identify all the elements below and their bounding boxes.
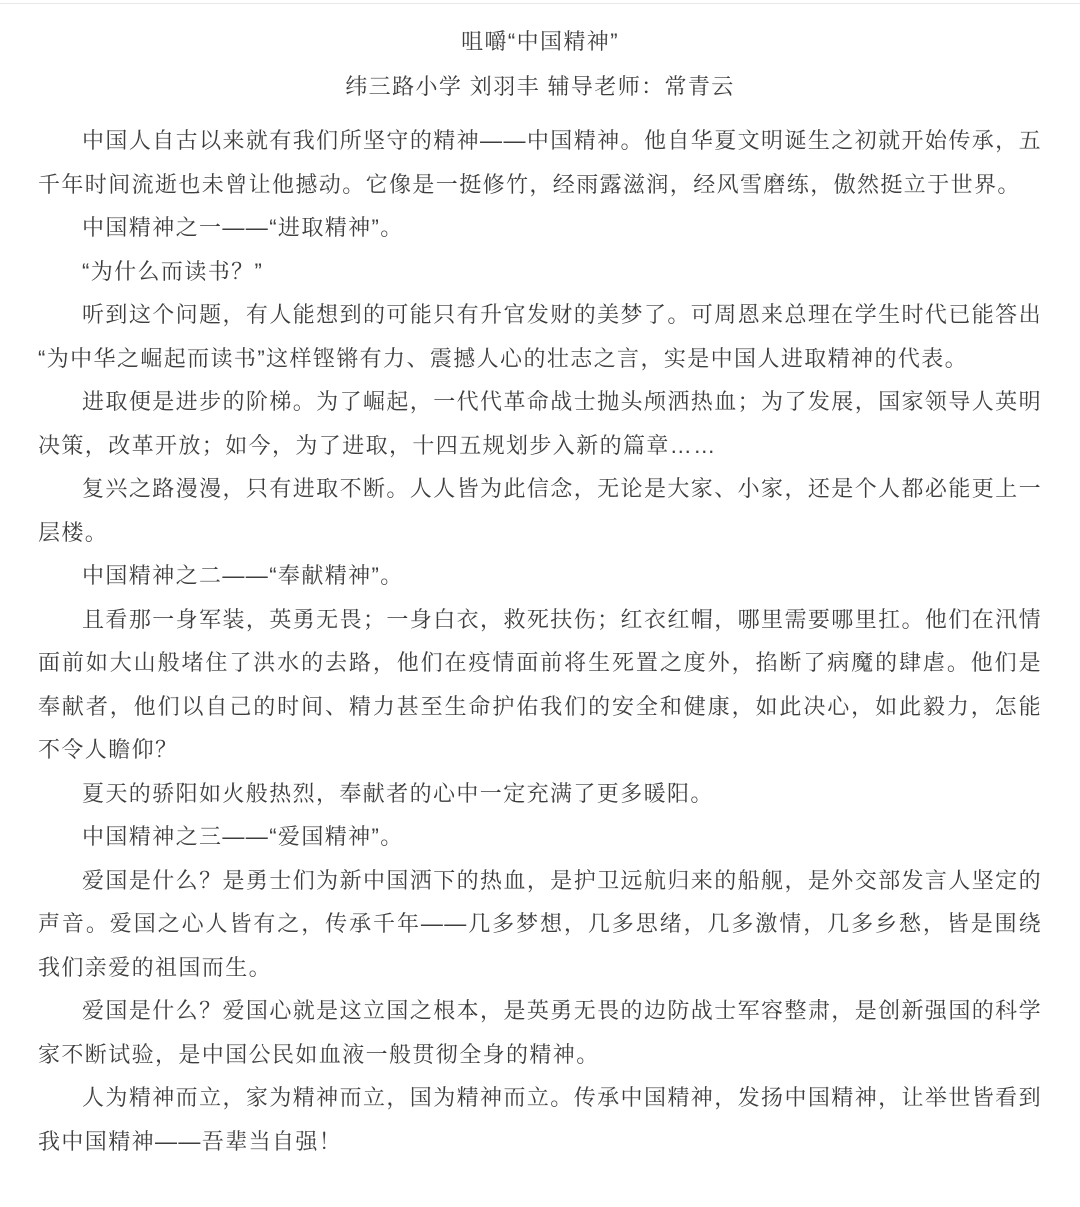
page-title: 咀嚼“中国精神” (38, 19, 1042, 64)
paragraph: 爱国是什么？爱国心就是这立国之根本，是英勇无畏的边防战士军容整肃，是创新强国的科… (38, 989, 1042, 1076)
paragraph: 夏天的骄阳如火般热烈，奉献者的心中一定充满了更多暖阳。 (38, 772, 1042, 816)
paragraph: 进取便是进步的阶梯。为了崛起，一代代革命战士抛头颅洒热血；为了发展，国家领导人英… (38, 380, 1042, 467)
byline: 纬三路小学 刘羽丰 辅导老师：常青云 (38, 64, 1042, 109)
paragraph: 中国人自古以来就有我们所坚守的精神——中国精神。他自华夏文明诞生之初就开始传承，… (38, 119, 1042, 206)
article: 咀嚼“中国精神” 纬三路小学 刘羽丰 辅导老师：常青云 中国人自古以来就有我们所… (0, 4, 1080, 1163)
paragraph: 爱国是什么？是勇士们为新中国洒下的热血，是护卫远航归来的船舰，是外交部发言人坚定… (38, 859, 1042, 990)
paragraph: 听到这个问题，有人能想到的可能只有升官发财的美梦了。可周恩来总理在学生时代已能答… (38, 293, 1042, 380)
paragraph: 且看那一身军装，英勇无畏；一身白衣，救死扶伤；红衣红帽，哪里需要哪里扛。他们在汛… (38, 598, 1042, 772)
section-heading: 中国精神之三——“爱国精神”。 (38, 815, 1042, 859)
quote-line: “为什么而读书？” (38, 250, 1042, 294)
paragraph: 复兴之路漫漫，只有进取不断。人人皆为此信念，无论是大家、小家，还是个人都必能更上… (38, 467, 1042, 554)
section-heading: 中国精神之二——“奉献精神”。 (38, 554, 1042, 598)
paragraph: 人为精神而立，家为精神而立，国为精神而立。传承中国精神，发扬中国精神，让举世皆看… (38, 1076, 1042, 1163)
section-heading: 中国精神之一——“进取精神”。 (38, 206, 1042, 250)
